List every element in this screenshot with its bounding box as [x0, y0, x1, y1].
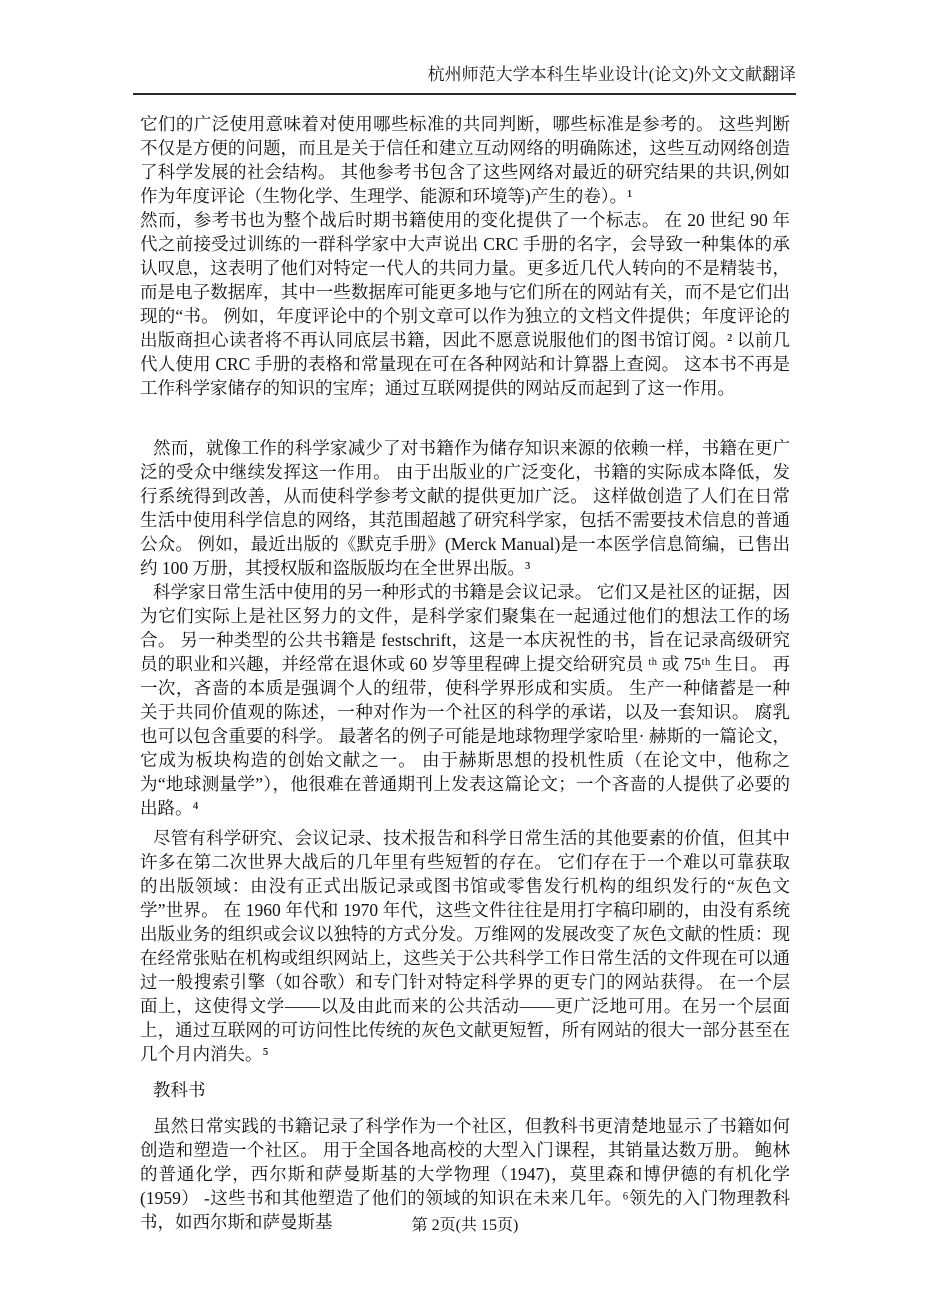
page-footer: 第 2页(共 15页) — [140, 1212, 790, 1235]
page-number: 第 2页(共 15页) — [412, 1217, 519, 1234]
paragraph-crc-handbook: 然而，参考书也为整个战后时期书籍使用的变化提供了一个标志。 在 20 世纪 90… — [140, 208, 790, 400]
section-heading-textbooks: 教科书 — [140, 1078, 790, 1102]
paragraph-gray-literature: 尽管有科学研究、会议记录、技术报告和科学日常生活的其他要素的价值，但其中许多在第… — [140, 826, 790, 1066]
page-header: 杭州师范大学本科生毕业设计(论文)外文文献翻译 — [133, 64, 796, 95]
header-title: 杭州师范大学本科生毕业设计(论文)外文文献翻译 — [428, 65, 796, 84]
document-page: 杭州师范大学本科生毕业设计(论文)外文文献翻译 它们的广泛使用意味着对使用哪些标… — [0, 0, 926, 1309]
document-body: 它们的广泛使用意味着对使用哪些标准的共同判断，哪些标准是参考的。 这些判断不仅是… — [140, 112, 790, 1234]
paragraph-reference-standards: 它们的广泛使用意味着对使用哪些标准的共同判断，哪些标准是参考的。 这些判断不仅是… — [140, 112, 790, 208]
paragraph-festschrift: 科学家日常生活中使用的另一种形式的书籍是会议记录。 它们又是社区的证据，因为它们… — [140, 580, 790, 820]
paragraph-wider-audience: 然而，就像工作的科学家减少了对书籍作为储存知识来源的依赖一样，书籍在更广泛的受众… — [140, 436, 790, 580]
